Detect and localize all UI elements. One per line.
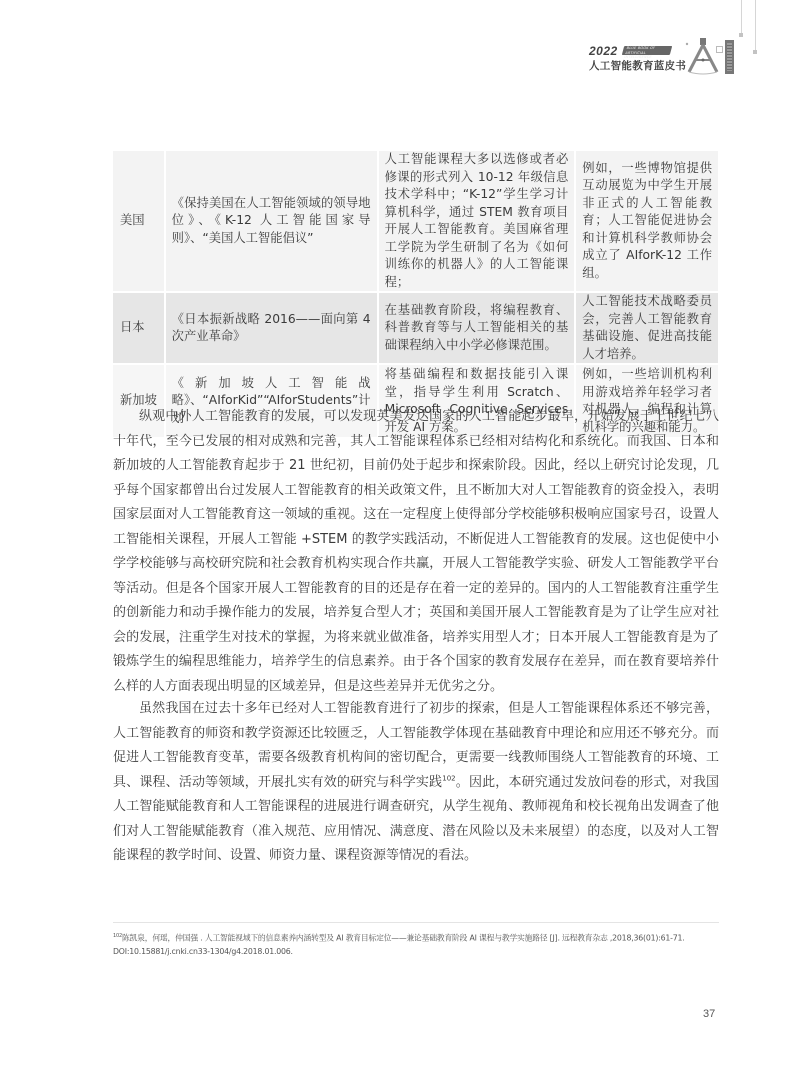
country-cell: 美国 — [113, 151, 165, 292]
compass-ruler-ai-icon — [683, 36, 723, 76]
footnote: 102陈凯泉，何瑶，仲国强 . 人工智能视域下的信息素养内涵转型及 AI 教育目… — [113, 930, 719, 958]
table-row: 美国 《保持美国在人工智能领域的领导地位》、《K-12 人工智能国家导则》、“美… — [113, 151, 718, 292]
header-decor-line — [741, 0, 742, 35]
paragraph-text: 虽然我国在过去十多年已经对人工智能教育进行了初步的探索，但是人工智能课程体系还不… — [113, 697, 719, 869]
footnote-text: 陈凯泉，何瑶，仲国强 . 人工智能视域下的信息素养内涵转型及 AI 教育目标定位… — [113, 934, 685, 956]
header-decor-line — [755, 0, 756, 52]
footnote-divider — [113, 922, 719, 923]
footnote-reference[interactable]: 102 — [442, 774, 455, 782]
policy-cell: 《日本振新战略 2016——面向第 4 次产业革命》 — [165, 292, 378, 364]
page-header: 2022 BLUE BOOK OF ARTIFICIAL INTELLIGENC… — [573, 0, 793, 80]
header-decor-box — [716, 46, 723, 53]
course-cell: 在基础教育阶段，将编程教育、科普教育等与人工智能相关的基础课程纳入中小学必修课范… — [378, 292, 576, 364]
table-row: 日本 《日本振新战略 2016——面向第 4 次产业革命》 在基础教育阶段，将编… — [113, 292, 718, 364]
page-number: 37 — [703, 1008, 715, 1020]
body-paragraph-2: 虽然我国在过去十多年已经对人工智能教育进行了初步的探索，但是人工智能课程体系还不… — [113, 697, 719, 869]
ruler-icon — [725, 40, 734, 74]
policy-cell: 《保持美国在人工智能领域的领导地位》、《K-12 人工智能国家导则》、“美国人工… — [165, 151, 378, 292]
other-cell: 例如，一些博物馆提供互动展览为中学生开展非正式的人工智能教育；人工智能促进协会和… — [575, 151, 718, 292]
footnote-number: 102 — [113, 933, 122, 939]
body-paragraph-1: 纵观中外人工智能教育的发展，可以发现英美发达国家的人工智能起步最早，开始发展于上… — [113, 405, 719, 699]
other-cell: 人工智能技术战略委员会，完善人工智能教育基础设施、促进高技能人才培养。 — [575, 292, 718, 364]
header-title: 人工智能教育蓝皮书 — [589, 58, 686, 73]
paragraph-text: 纵观中外人工智能教育的发展，可以发现英美发达国家的人工智能起步最早，开始发展于上… — [113, 405, 719, 699]
header-year: 2022 — [589, 44, 618, 58]
country-policy-table: 美国 《保持美国在人工智能领域的领导地位》、《K-12 人工智能国家导则》、“美… — [113, 151, 718, 439]
course-cell: 人工智能课程大多以选修或者必修课的形式列入 10-12 年级信息技术学科中；“K… — [378, 151, 576, 292]
header-badge: BLUE BOOK OF ARTIFICIAL INTELLIGENCE EDU… — [622, 46, 672, 55]
country-cell: 日本 — [113, 292, 165, 364]
